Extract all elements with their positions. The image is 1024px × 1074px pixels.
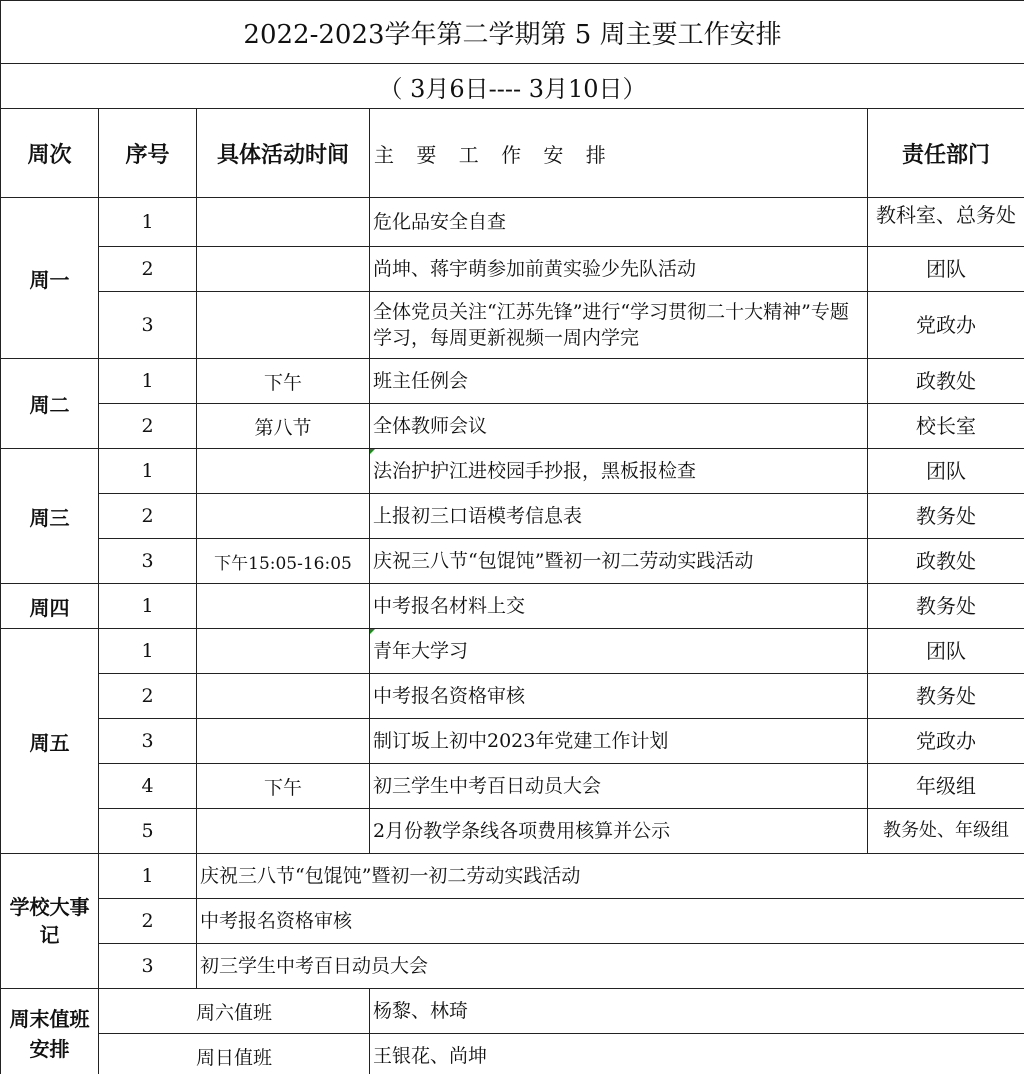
row-dept: 团队 <box>868 247 1024 292</box>
row-task: 上报初三口语模考信息表 <box>370 494 868 539</box>
day-label: 周一 <box>1 198 99 359</box>
row-dept: 教务处 <box>868 494 1024 539</box>
row-time <box>197 674 370 719</box>
event-text: 庆祝三八节“包馄饨”暨初一初二劳动实践活动 <box>197 854 1024 899</box>
row-seq: 3 <box>99 539 197 584</box>
row-seq: 1 <box>99 198 197 247</box>
day-label: 周三 <box>1 449 99 584</box>
row-seq: 3 <box>99 292 197 359</box>
table-row: 2 上报初三口语模考信息表 教务处 <box>1 494 1024 539</box>
row-dept: 教务处 <box>868 584 1024 629</box>
row-task: 中考报名资格审核 <box>370 674 868 719</box>
table-row: 3 下午15:05-16:05 庆祝三八节“包馄饨”暨初一初二劳动实践活动 政教… <box>1 539 1024 584</box>
row-seq: 2 <box>99 247 197 292</box>
row-time: 下午15:05-16:05 <box>197 539 370 584</box>
event-seq: 1 <box>99 854 197 899</box>
table-row: 周二 1 下午 班主任例会 政教处 <box>1 359 1024 404</box>
row-task: 青年大学习 <box>370 629 868 674</box>
row-time <box>197 292 370 359</box>
row-task: 2月份教学条线各项费用核算并公示 <box>370 809 868 854</box>
row-seq: 5 <box>99 809 197 854</box>
row-dept: 团队 <box>868 449 1024 494</box>
date-range: （ 3月6日---- 3月10日） <box>1 64 1024 109</box>
row-seq: 1 <box>99 359 197 404</box>
row-task: 制订坂上初中2023年党建工作计划 <box>370 719 868 764</box>
table-row: 周四 1 中考报名材料上交 教务处 <box>1 584 1024 629</box>
row-seq: 3 <box>99 719 197 764</box>
row-dept-text: 教科室、总务处 <box>868 202 1024 242</box>
row-task: 初三学生中考百日动员大会 <box>370 764 868 809</box>
row-dept: 政教处 <box>868 539 1024 584</box>
row-task: 中考报名材料上交 <box>370 584 868 629</box>
day-label: 周二 <box>1 359 99 449</box>
row-dept: 党政办 <box>868 719 1024 764</box>
table-row: 3 初三学生中考百日动员大会 <box>1 944 1024 989</box>
row-dept: 教务处 <box>868 674 1024 719</box>
row-task: 尚坤、蒋宇萌参加前黄实验少先队活动 <box>370 247 868 292</box>
comment-marker-icon <box>370 449 375 454</box>
row-task: 全体教师会议 <box>370 404 868 449</box>
table-row: 2 中考报名资格审核 教务处 <box>1 674 1024 719</box>
row-seq: 1 <box>99 584 197 629</box>
table-row: 周末值班安排 周六值班 杨黎、林琦 <box>1 989 1024 1034</box>
table-row: 3 制订坂上初中2023年党建工作计划 党政办 <box>1 719 1024 764</box>
table-row: 2 尚坤、蒋宇萌参加前黄实验少先队活动 团队 <box>1 247 1024 292</box>
row-time: 第八节 <box>197 404 370 449</box>
header-week-day: 周次 <box>1 109 99 198</box>
table-row: 周三 1 法治护护江进校园手抄报，黑板报检查 团队 <box>1 449 1024 494</box>
row-task-text: 青年大学习 <box>373 640 468 662</box>
row-task: 全体党员关注“江苏先锋”进行“学习贯彻二十大精神”专题学习，每周更新视频一周内学… <box>370 292 868 359</box>
row-task: 班主任例会 <box>370 359 868 404</box>
row-time: 下午 <box>197 764 370 809</box>
major-events-label: 学校大事记 <box>1 854 99 989</box>
row-task-text: 法治护护江进校园手抄报，黑板报检查 <box>373 460 696 482</box>
row-seq: 4 <box>99 764 197 809</box>
row-dept: 年级组 <box>868 764 1024 809</box>
row-seq: 2 <box>99 674 197 719</box>
row-seq: 1 <box>99 449 197 494</box>
table-row: 周日值班 王银花、尚坤 <box>1 1034 1024 1074</box>
table-row: 2 中考报名资格审核 <box>1 899 1024 944</box>
day-label: 周五 <box>1 629 99 854</box>
event-text: 中考报名资格审核 <box>197 899 1024 944</box>
row-dept: 教科室、总务处 <box>868 198 1024 247</box>
event-text: 初三学生中考百日动员大会 <box>197 944 1024 989</box>
row-dept: 团队 <box>868 629 1024 674</box>
table-row: 2 第八节 全体教师会议 校长室 <box>1 404 1024 449</box>
table-row: 4 下午 初三学生中考百日动员大会 年级组 <box>1 764 1024 809</box>
comment-marker-icon <box>370 629 375 634</box>
row-time: 下午 <box>197 359 370 404</box>
header-time: 具体活动时间 <box>197 109 370 198</box>
row-task: 法治护护江进校园手抄报，黑板报检查 <box>370 449 868 494</box>
page-title: 2022-2023学年第二学期第 5 周主要工作安排 <box>1 1 1024 64</box>
row-time <box>197 584 370 629</box>
row-time <box>197 247 370 292</box>
event-seq: 2 <box>99 899 197 944</box>
row-dept: 政教处 <box>868 359 1024 404</box>
duty-day: 周六值班 <box>99 989 370 1034</box>
row-dept: 校长室 <box>868 404 1024 449</box>
row-dept: 党政办 <box>868 292 1024 359</box>
weekly-schedule-table: 2022-2023学年第二学期第 5 周主要工作安排 （ 3月6日---- 3月… <box>0 0 1024 1074</box>
header-task: 主 要 工 作 安 排 <box>370 109 868 198</box>
header-seq: 序号 <box>99 109 197 198</box>
duty-day: 周日值班 <box>99 1034 370 1074</box>
table-row: 5 2月份教学条线各项费用核算并公示 教务处、年级组 <box>1 809 1024 854</box>
row-time <box>197 809 370 854</box>
row-time <box>197 494 370 539</box>
event-seq: 3 <box>99 944 197 989</box>
day-label: 周四 <box>1 584 99 629</box>
duty-names: 王银花、尚坤 <box>370 1034 1024 1074</box>
row-seq: 2 <box>99 404 197 449</box>
weekend-duty-label: 周末值班安排 <box>1 989 99 1074</box>
row-seq: 1 <box>99 629 197 674</box>
row-task: 庆祝三八节“包馄饨”暨初一初二劳动实践活动 <box>370 539 868 584</box>
row-time <box>197 198 370 247</box>
duty-names: 杨黎、林琦 <box>370 989 1024 1034</box>
row-time <box>197 629 370 674</box>
table-row: 周一 1 危化品安全自查 教科室、总务处 <box>1 198 1024 247</box>
row-dept: 教务处、年级组 <box>868 809 1024 854</box>
row-time <box>197 449 370 494</box>
table-row: 周五 1 青年大学习 团队 <box>1 629 1024 674</box>
row-task: 危化品安全自查 <box>370 198 868 247</box>
row-seq: 2 <box>99 494 197 539</box>
row-time <box>197 719 370 764</box>
header-dept: 责任部门 <box>868 109 1024 198</box>
table-row: 3 全体党员关注“江苏先锋”进行“学习贯彻二十大精神”专题学习，每周更新视频一周… <box>1 292 1024 359</box>
table-row: 学校大事记 1 庆祝三八节“包馄饨”暨初一初二劳动实践活动 <box>1 854 1024 899</box>
